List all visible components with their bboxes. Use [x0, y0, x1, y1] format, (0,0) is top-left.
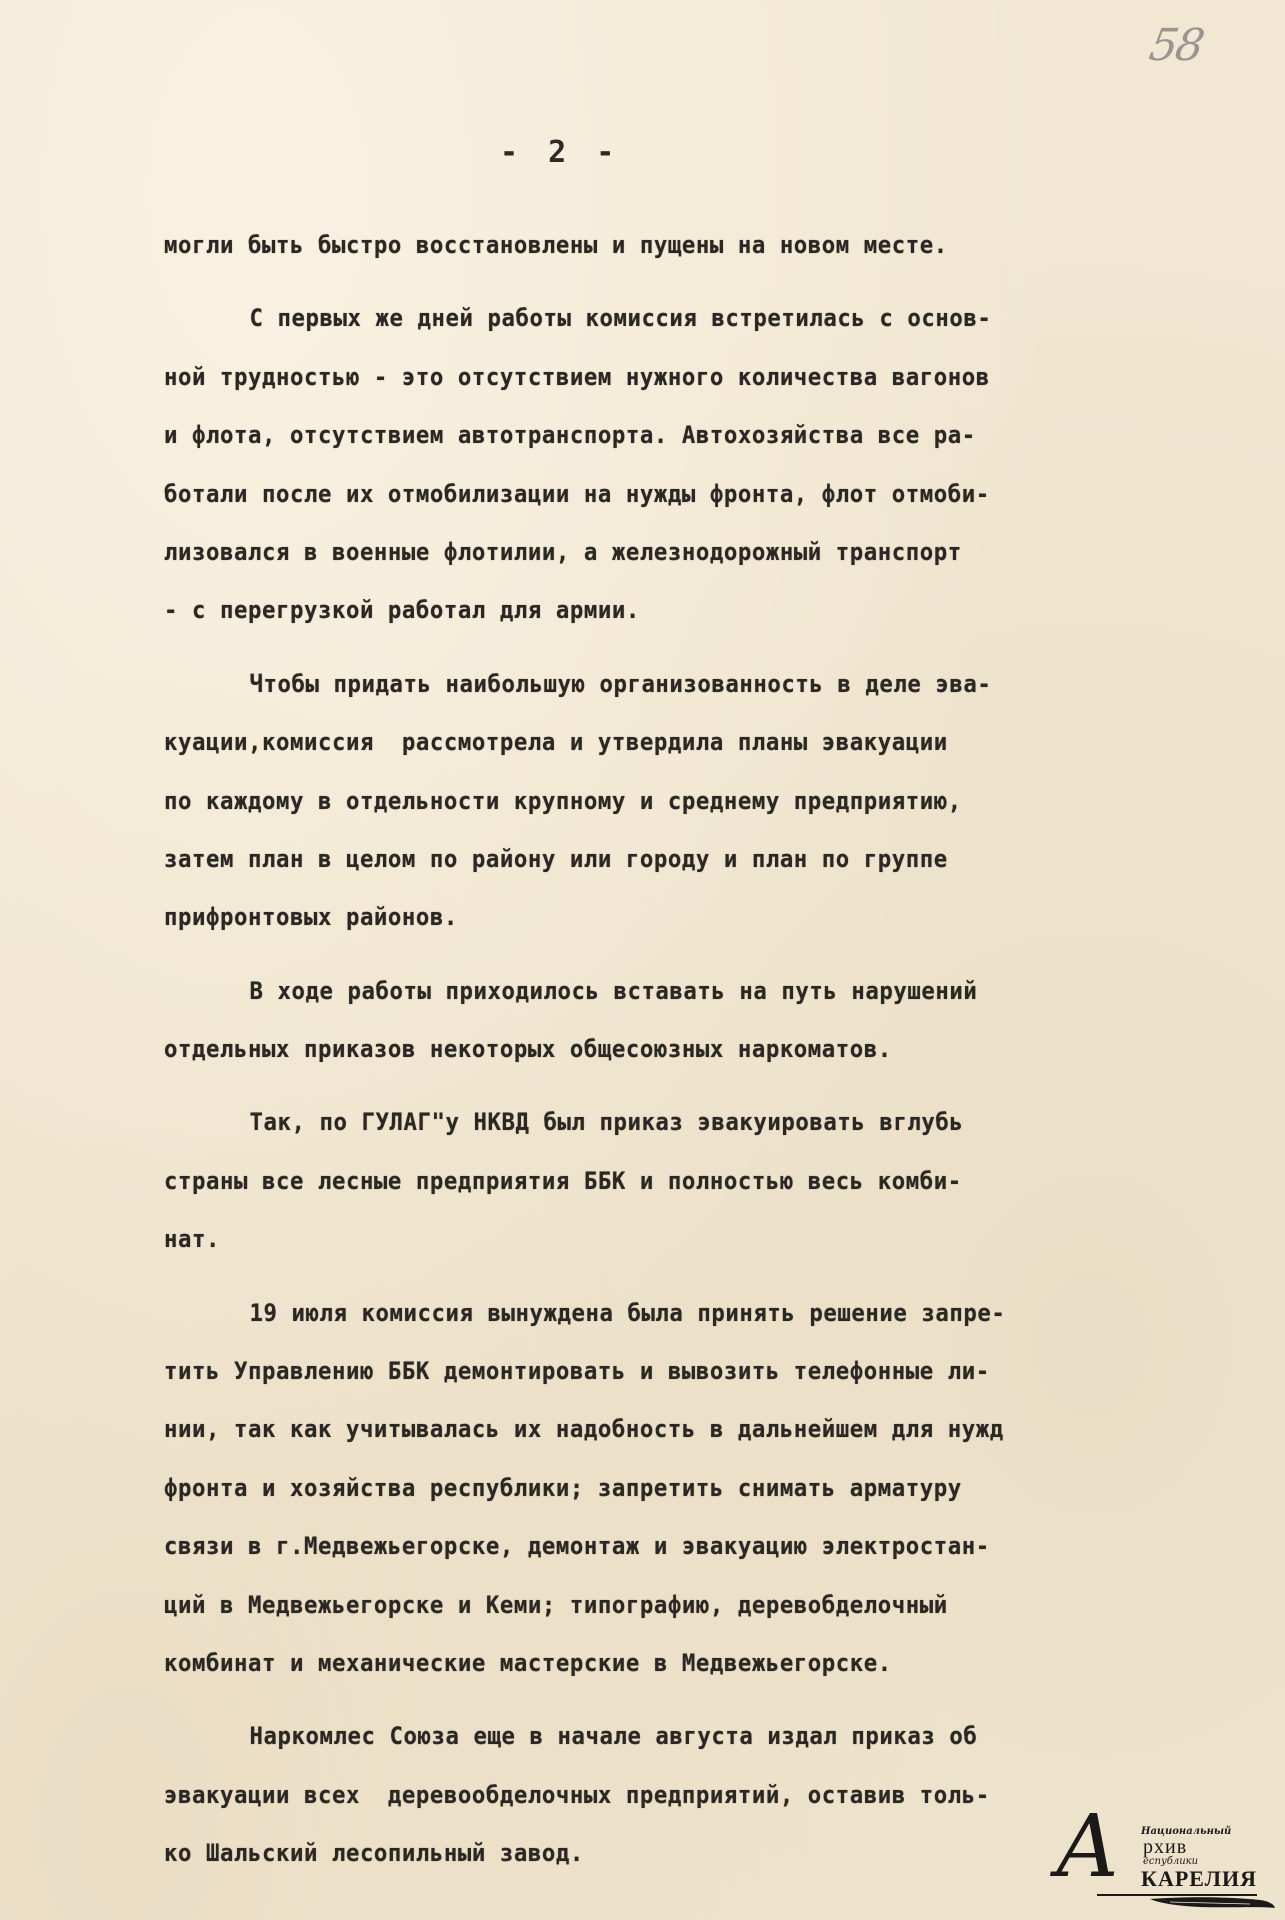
- text-line: С первых же дней работы комиссия встрети…: [164, 289, 1168, 347]
- page-number: - 2 -: [500, 135, 620, 170]
- paragraph-gap: [164, 274, 1244, 289]
- logo-initial: А: [1055, 1804, 1120, 1890]
- text-line: ботали после их отмобилизации на нужды ф…: [164, 465, 1168, 523]
- paragraph: 19 июля комиссия вынуждена была принять …: [164, 1284, 1244, 1693]
- paragraph-gap: [164, 1269, 1244, 1284]
- text-line: - с перегрузкой работал для армии.: [164, 581, 1168, 639]
- text-line: В ходе работы приходилось вставать на пу…: [164, 962, 1168, 1020]
- text-line: затем план в целом по району или городу …: [164, 830, 1168, 888]
- paragraph-gap: [164, 1692, 1244, 1707]
- paragraph-gap: [164, 640, 1244, 655]
- text-line: по каждому в отдельности крупному и сред…: [164, 772, 1168, 830]
- text-line: могли быть быстро восстановлены и пущены…: [164, 216, 1168, 274]
- text-line: нии, так как учитывалась их надобность в…: [164, 1400, 1168, 1458]
- text-line: комбинат и механические мастерские в Мед…: [164, 1634, 1168, 1692]
- paragraph-gap: [164, 1078, 1244, 1093]
- text-line: ко Шальский лесопильный завод.: [164, 1824, 1168, 1882]
- text-line: страны все лесные предприятия ББК и полн…: [164, 1152, 1168, 1210]
- paragraph-gap: [164, 947, 1244, 962]
- text-line: связи в г.Медвежьегорске, демонтаж и эва…: [164, 1517, 1168, 1575]
- text-line: тить Управлению ББК демонтировать и выво…: [164, 1342, 1168, 1400]
- archive-logo-watermark: А Национальный рхив еспублики КАРЕЛИЯ: [1055, 1818, 1275, 1910]
- paragraph: В ходе работы приходилось вставать на пу…: [164, 962, 1244, 1079]
- text-line: 19 июля комиссия вынуждена была принять …: [164, 1284, 1168, 1342]
- text-line: Наркомлес Союза еще в начале августа изд…: [164, 1707, 1168, 1765]
- paragraph: Так, по ГУЛАГ"у НКВД был приказ эвакуиро…: [164, 1093, 1244, 1268]
- text-line: Так, по ГУЛАГ"у НКВД был приказ эвакуиро…: [164, 1093, 1168, 1151]
- archive-sheet-number: 58: [1146, 20, 1207, 71]
- paragraph: Чтобы придать наибольшую организованност…: [164, 655, 1244, 947]
- archive-document-page: 58 - 2 - могли быть быстро восстановлены…: [0, 0, 1285, 1920]
- text-line: отдельных приказов некоторых общесоюзных…: [164, 1020, 1168, 1078]
- paragraph: С первых же дней работы комиссия встрети…: [164, 289, 1244, 639]
- quill-icon: [1150, 1896, 1275, 1910]
- text-line: ций в Медвежьегорске и Кеми; типографию,…: [164, 1576, 1168, 1634]
- document-body: могли быть быстро восстановлены и пущены…: [164, 216, 1244, 1883]
- text-line: куации,комиссия рассмотрела и утвердила …: [164, 713, 1168, 771]
- text-line: прифронтовых районов.: [164, 888, 1168, 946]
- text-line: фронта и хозяйства республики; запретить…: [164, 1459, 1168, 1517]
- text-line: эвакуации всех деревообделочных предприя…: [164, 1766, 1168, 1824]
- text-line: и флота, отсутствием автотранспорта. Авт…: [164, 406, 1168, 464]
- logo-line-karelia: КАРЕЛИЯ: [1141, 1866, 1257, 1892]
- text-line: лизовался в военные флотилии, а железнод…: [164, 523, 1168, 581]
- text-line: нат.: [164, 1210, 1168, 1268]
- paragraph: могли быть быстро восстановлены и пущены…: [164, 216, 1244, 274]
- text-line: ной трудностью - это отсутствием нужного…: [164, 348, 1168, 406]
- text-line: Чтобы придать наибольшую организованност…: [164, 655, 1168, 713]
